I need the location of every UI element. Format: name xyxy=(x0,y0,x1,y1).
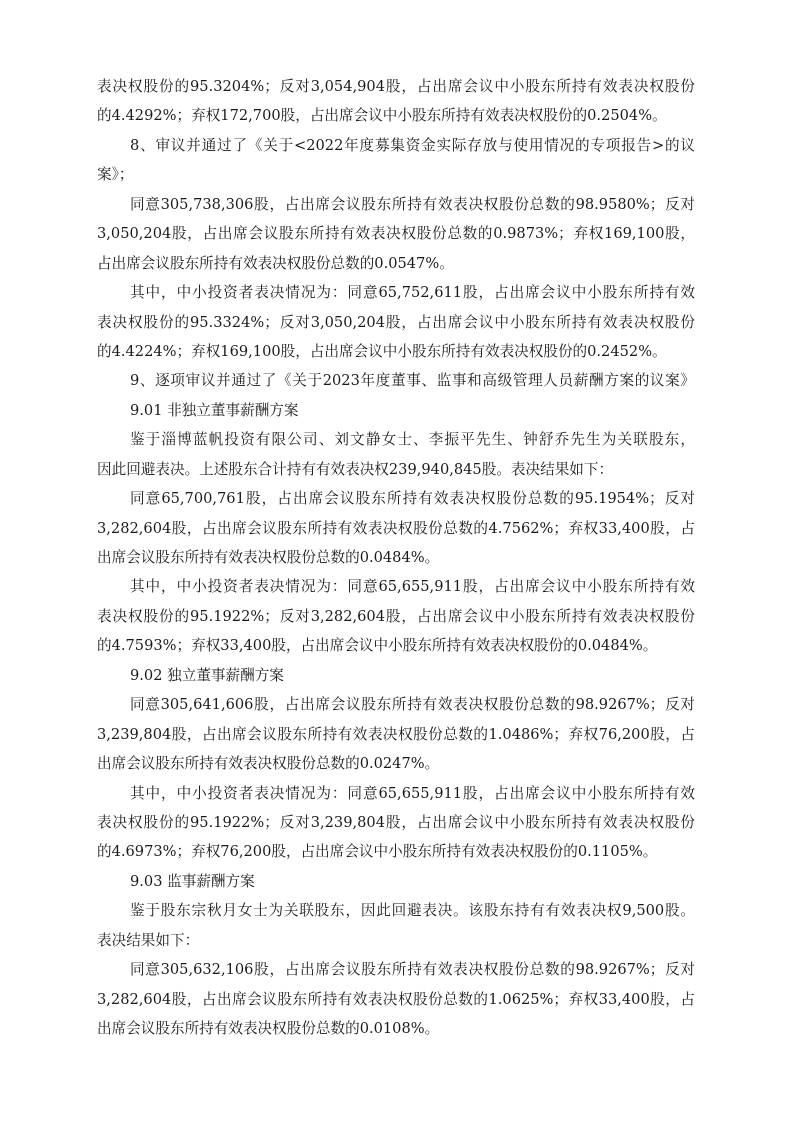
item-9-title: 9、逐项审议并通过了《关于2023年度董事、监事和高级管理人员薪酬方案的议案》 xyxy=(97,366,695,395)
text-line: 同意305,632,106股，占出席会议股东所持有效表决权股份总数的98.926… xyxy=(97,955,695,984)
text-line: 表决权股份的95.1922%；反对3,239,804股，占出席会议中小股东所持有… xyxy=(97,808,695,837)
text-line: 同意305,738,306股，占出席会议股东所持有效表决权股份总数的98.958… xyxy=(97,190,695,219)
document-page: 表决权股份的95.3204%；反对3,054,904股，占出席会议中小股东所持有… xyxy=(97,72,695,1043)
text-line: 同意305,641,606股，占出席会议股东所持有效表决权股份总数的98.926… xyxy=(97,690,695,719)
text-line: 表决权股份的95.1922%；反对3,282,604股，占出席会议中小股东所持有… xyxy=(97,602,695,631)
text-line: 鉴于股东宗秋月女士为关联股东，因此回避表决。该股东持有有效表决权9,500股。 xyxy=(97,896,695,925)
text-line: 出席会议股东所持有效表决权股份总数的0.0247%。 xyxy=(97,749,695,778)
text-line: 同意65,700,761股，占出席会议股东所持有效表决权股份总数的95.1954… xyxy=(97,484,695,513)
text-line: 的4.4292%；弃权172,700股，占出席会议中小股东所持有效表决权股份的0… xyxy=(97,101,695,130)
text-line: 其中，中小投资者表决情况为：同意65,752,611股，占出席会议中小股东所持有… xyxy=(97,278,695,307)
text-line: 3,282,604股，占出席会议股东所持有效表决权股份总数的4.7562%；弃权… xyxy=(97,514,695,543)
text-line: 表决权股份的95.3204%；反对3,054,904股，占出席会议中小股东所持有… xyxy=(97,72,695,101)
text-line: 其中，中小投资者表决情况为：同意65,655,911股，占出席会议中小股东所持有… xyxy=(97,779,695,808)
item-8-title-cont: 案》； xyxy=(97,160,695,189)
subitem-9-02-heading: 9.02 独立董事薪酬方案 xyxy=(97,661,695,690)
text-line: 出席会议股东所持有效表决权股份总数的0.0484%。 xyxy=(97,543,695,572)
text-line: 出席会议股东所持有效表决权股份总数的0.0108%。 xyxy=(97,1014,695,1043)
text-line: 表决权股份的95.3324%；反对3,050,204股，占出席会议中小股东所持有… xyxy=(97,308,695,337)
text-line: 的4.7593%；弃权33,400股，占出席会议中小股东所持有效表决权股份的0.… xyxy=(97,631,695,660)
text-line: 3,050,204股，占出席会议股东所持有效表决权股份总数的0.9873%；弃权… xyxy=(97,219,695,248)
text-line: 占出席会议股东所持有效表决权股份总数的0.0547%。 xyxy=(97,249,695,278)
subitem-9-01-heading: 9.01 非独立董事薪酬方案 xyxy=(97,396,695,425)
text-line: 因此回避表决。上述股东合计持有有效表决权239,940,845股。表决结果如下： xyxy=(97,455,695,484)
text-line: 的4.6973%；弃权76,200股，占出席会议中小股东所持有效表决权股份的0.… xyxy=(97,837,695,866)
text-line: 的4.4224%；弃权169,100股，占出席会议中小股东所持有效表决权股份的0… xyxy=(97,337,695,366)
text-line: 鉴于淄博蓝帆投资有限公司、刘文静女士、李振平先生、钟舒乔先生为关联股东， xyxy=(97,425,695,454)
text-line: 3,239,804股，占出席会议股东所持有效表决权股份总数的1.0486%；弃权… xyxy=(97,720,695,749)
item-8-title: 8、审议并通过了《关于<2022年度募集资金实际存放与使用情况的专项报告>的议 xyxy=(97,131,695,160)
text-line: 其中，中小投资者表决情况为：同意65,655,911股，占出席会议中小股东所持有… xyxy=(97,572,695,601)
subitem-9-03-heading: 9.03 监事薪酬方案 xyxy=(97,867,695,896)
text-line: 3,282,604股，占出席会议股东所持有效表决权股份总数的1.0625%；弃权… xyxy=(97,985,695,1014)
text-line: 表决结果如下： xyxy=(97,926,695,955)
